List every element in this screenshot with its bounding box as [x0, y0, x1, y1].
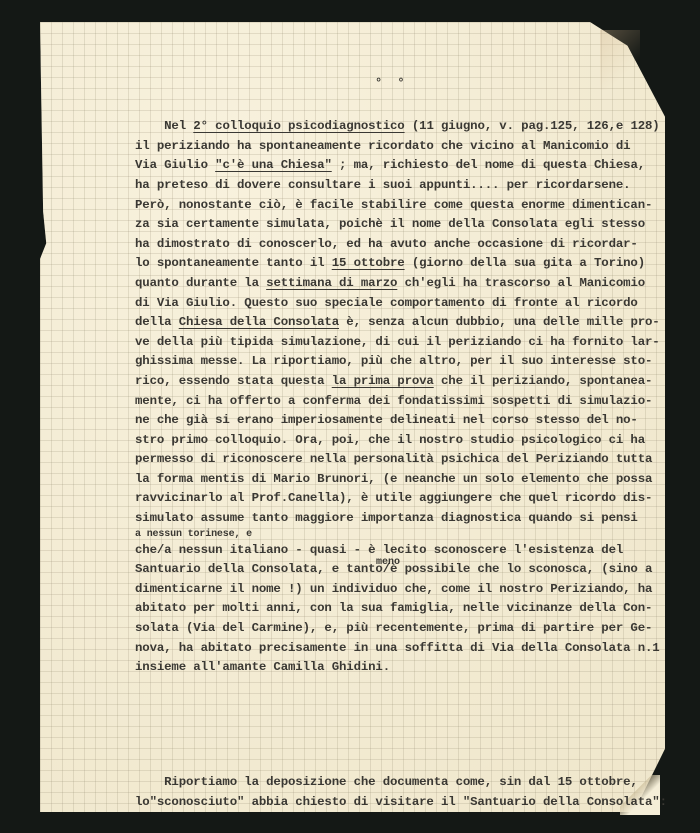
underlined-phrase: 15 ottobre — [332, 256, 405, 270]
text-line: quanto durante la settimana di marzo ch'… — [135, 274, 675, 294]
text-line: Nel 2° colloquio psicodiagnostico (11 gi… — [135, 117, 675, 137]
underlined-phrase: "c'è una Chiesa" — [215, 158, 332, 172]
text-line: ve della più tipida simulazione, di cui … — [135, 333, 675, 353]
text-line: solata (Via del Carmine), e, più recente… — [135, 619, 675, 639]
text-line: la forma mentis di Mario Brunori, (e nea… — [135, 470, 675, 490]
text-line: ha dimostrato di conoscerlo, ed ha avuto… — [135, 235, 675, 255]
typewritten-body: Nel 2° colloquio psicodiagnostico (11 gi… — [135, 78, 675, 832]
text-line: dimenticarne il nome !) un individuo che… — [135, 580, 675, 600]
text-line: nova, ha abitato precisamente in una sof… — [135, 639, 675, 659]
text-line: Però, nonostante ciò, è facile stabilire… — [135, 196, 675, 216]
text-line: che/a nessun italiano - quasi - è lecito… — [135, 541, 675, 561]
text-line: lo spontaneamente tanto il 15 ottobre (g… — [135, 254, 675, 274]
text-line: di Via Giulio. Questo suo speciale compo… — [135, 294, 675, 314]
handwritten-insertion-meno: meno — [376, 557, 400, 568]
paragraph-1: Nel 2° colloquio psicodiagnostico (11 gi… — [135, 117, 675, 678]
text-line: Riportiamo la deposizione che documenta … — [135, 773, 675, 793]
text-line: simulato assume tanto maggiore importanz… — [135, 509, 675, 529]
text-line: abitato per molti anni, con la sua famig… — [135, 599, 675, 619]
text-line: a nessun torinese, e — [135, 529, 675, 541]
text-line: ravvicinarlo al Prof.Canella), è utile a… — [135, 489, 675, 509]
underlined-phrase: 2° colloquio psicodiagnostico — [193, 119, 404, 133]
text-line: rico, essendo stata questa la prima prov… — [135, 372, 675, 392]
text-line: permesso di riconoscere nella personalit… — [135, 450, 675, 470]
text-line: ghissima messe. La riportiamo, più che a… — [135, 352, 675, 372]
text-line: ne che già si erano imperiosamente delin… — [135, 411, 675, 431]
text-line: Via Giulio "c'è una Chiesa" ; ma, richie… — [135, 156, 675, 176]
text-line: insieme all'amante Camilla Ghidini. — [135, 658, 675, 678]
text-line: mente, ci ha offerto a conferma dei fond… — [135, 392, 675, 412]
underlined-phrase: settimana di marzo — [266, 276, 397, 290]
underlined-phrase: Chiesa della Consolata — [179, 315, 339, 329]
text-line: il periziando ha spontaneamente ricordat… — [135, 137, 675, 157]
text-line: stro primo colloquio. Ora, poi, che il n… — [135, 431, 675, 451]
text-line: ha preteso di dovere consultare i suoi a… — [135, 176, 675, 196]
text-line: lo"sconosciuto" abbia chiesto di visitar… — [135, 793, 675, 813]
text-line: Santuario della Consolata, e tanto/è pos… — [135, 560, 675, 580]
underlined-phrase: la prima prova — [332, 374, 434, 388]
text-line: della Chiesa della Consolata è, senza al… — [135, 313, 675, 333]
text-line: za sia certamente simulata, poichè il no… — [135, 215, 675, 235]
paragraph-2: Riportiamo la deposizione che documenta … — [135, 773, 675, 812]
